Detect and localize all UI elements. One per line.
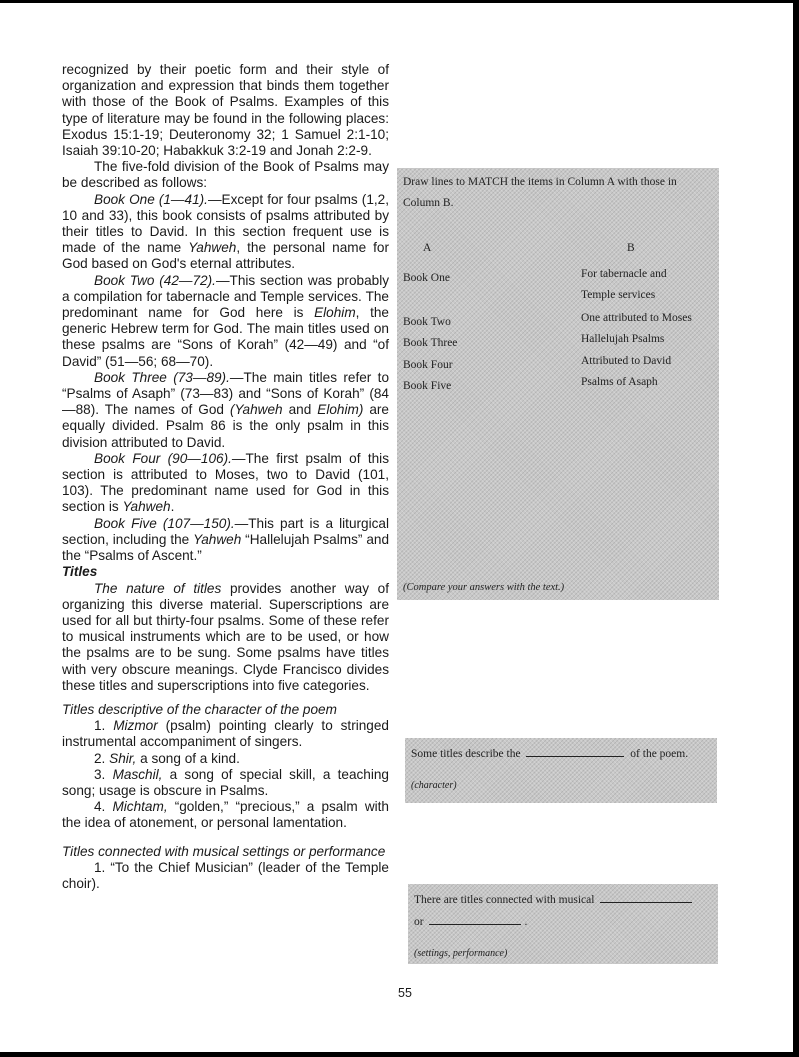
character-heading: Titles descriptive of the character of t… [62,702,389,718]
book-text: . [171,499,175,514]
answer-key: (settings, performance) [414,948,507,959]
book-division-paragraph: Book Two (42—72).—This section was proba… [62,273,389,370]
answer-blank-2[interactable] [429,923,521,925]
musical-list: 1. “To the Chief Musician” (leader of th… [62,860,389,892]
italic-term: Yahweh [122,499,170,514]
item-number: 3. [94,767,113,782]
italic-term: (Yahweh [230,402,283,417]
column-a-item[interactable]: Book Two [403,316,451,328]
column-b-item[interactable]: For tabernacle and [581,268,667,280]
item-term: Mizmor [113,718,158,733]
item-term: Michtam, [112,799,167,814]
answer-blank[interactable] [526,755,624,757]
book-title: Book Five (107—150). [94,516,235,531]
book-divisions: Book One (1—41).—Except for four psalms … [62,192,389,565]
fill-blank-box-character: Some titles describe the of the poem. (c… [405,738,717,803]
item-number: 4. [94,799,112,814]
column-b-item[interactable]: Attributed to David [581,355,671,367]
sentence-period: . [524,916,527,928]
column-a-item[interactable]: Book Four [403,359,453,371]
column-a-item[interactable]: Book Three [403,337,457,349]
scan-border-right [793,0,799,1057]
fill-blank-sentence-line2: or . [414,916,527,928]
book-title: Book Three (73—89). [94,370,230,385]
italic-term: Yahweh [193,532,241,547]
answer-key: (character) [411,780,457,791]
item-number: 2. [94,751,109,766]
column-a-item[interactable]: Book Five [403,380,451,392]
book-text: and [283,402,318,417]
column-a-header: A [423,242,431,254]
italic-term: Yahweh [188,240,236,255]
column-b-item[interactable]: One attributed to Moses [581,312,692,324]
sentence-end: of the poem. [630,748,688,760]
character-list: 1. Mizmor (psalm) pointing clearly to st… [62,718,389,831]
character-list-item: 4. Michtam, “golden,” “precious,” a psal… [62,799,389,831]
match-exercise-box: Draw lines to MATCH the items in Column … [397,168,719,600]
match-instruction: Draw lines to MATCH the items in Column … [403,172,713,214]
book-division-paragraph: Book One (1—41).—Except for four psalms … [62,192,389,273]
fill-blank-sentence: Some titles describe the of the poem. [411,748,688,760]
character-list-item: 3. Maschil, a song of special skill, a t… [62,767,389,799]
scan-border-bottom [0,1052,799,1057]
titles-paragraph-rest: provides another way of organizing this … [62,581,389,693]
item-term: Maschil, [113,767,163,782]
intro-paragraph: recognized by their poetic form and thei… [62,62,389,159]
book-title: Book Four (90—106). [94,451,232,466]
answer-blank-1[interactable] [600,901,692,903]
column-b-item[interactable]: Psalms of Asaph [581,376,658,388]
book-title: Book One (1—41). [94,192,208,207]
item-description: “To the Chief Musician” (leader of the T… [62,860,389,891]
item-description: a song of a kind. [136,751,240,766]
column-b-item[interactable]: Temple services [581,289,655,301]
column-b-item[interactable]: Hallelujah Psalms [581,333,664,345]
titles-paragraph-lead: The nature of titles [94,581,221,596]
item-term: Shir, [109,751,136,766]
item-number: 1. [94,718,113,733]
book-division-paragraph: Book Three (73—89).—The main titles refe… [62,370,389,451]
main-text-column: recognized by their poetic form and thei… [62,62,389,892]
fill-blank-sentence: There are titles connected with musical [414,894,695,906]
column-a-item[interactable]: Book One [403,272,450,284]
book-division-paragraph: Book Five (107—150).—This part is a litu… [62,516,389,565]
book-division-paragraph: Book Four (90—106).—The first psalm of t… [62,451,389,516]
sentence-or: or [414,916,424,928]
division-intro: The five-fold division of the Book of Ps… [62,159,389,191]
italic-term: Elohim [314,305,356,320]
scan-border-top [0,0,799,3]
character-list-item: 2. Shir, a song of a kind. [62,751,389,767]
sentence-start: Some titles describe the [411,748,521,760]
titles-paragraph: The nature of titles provides another wa… [62,581,389,694]
page-number: 55 [398,986,412,1000]
compare-note: (Compare your answers with the text.) [403,582,564,593]
sentence-start: There are titles connected with musical [414,894,594,906]
fill-blank-box-musical: There are titles connected with musical … [408,884,718,964]
item-number: 1. [94,860,110,875]
musical-list-item: 1. “To the Chief Musician” (leader of th… [62,860,389,892]
musical-heading: Titles connected with musical settings o… [62,844,389,860]
book-title: Book Two (42—72). [94,273,216,288]
italic-term: Elohim) [317,402,363,417]
column-b-header: B [627,242,635,254]
titles-heading: Titles [62,564,389,580]
character-list-item: 1. Mizmor (psalm) pointing clearly to st… [62,718,389,750]
